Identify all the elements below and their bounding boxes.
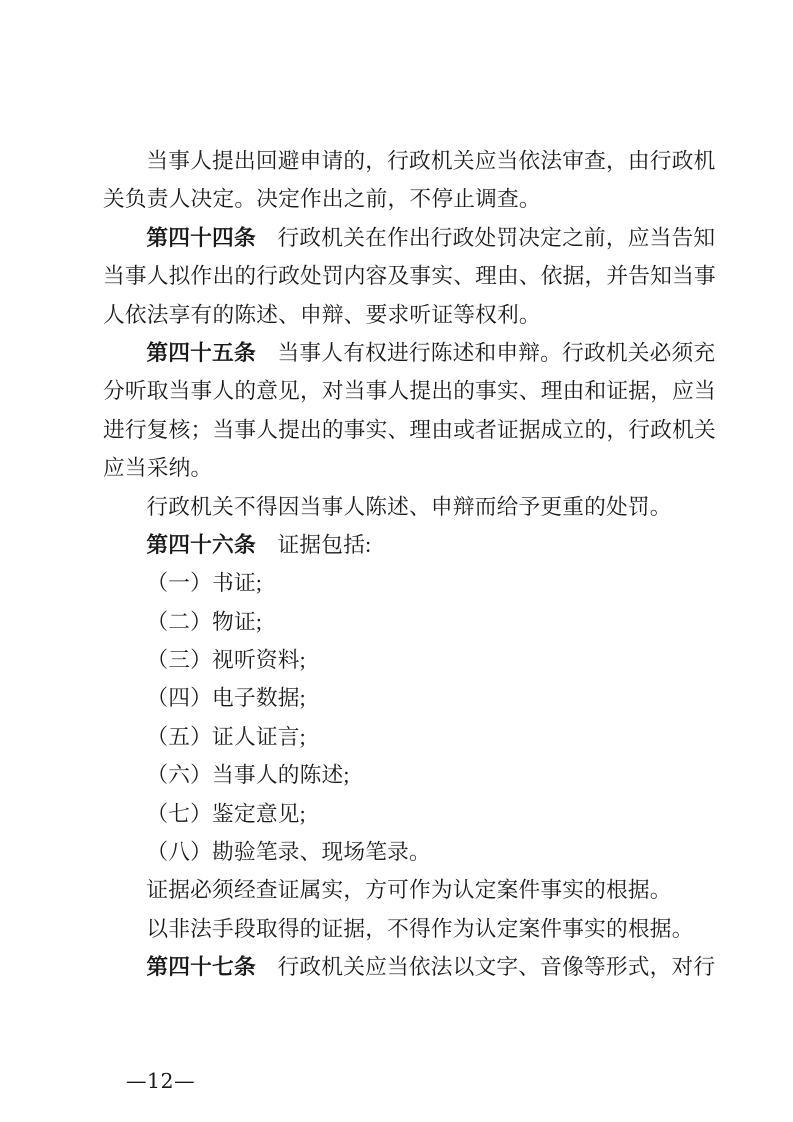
- text-segment: 关负责人决定。决定作出之前，不停止调查。: [103, 187, 541, 211]
- text-line: 关负责人决定。决定作出之前，不停止调查。: [103, 180, 715, 218]
- text-segment: （三）视听资料;: [146, 648, 305, 672]
- text-line: （八）勘验笔录、现场笔录。: [103, 833, 715, 871]
- text-line: 行政机关不得因当事人陈述、申辩而给予更重的处罚。: [103, 488, 715, 526]
- text-line: 第四十五条当事人有权进行陈述和申辩。行政机关必须充: [103, 334, 715, 372]
- text-line: （一）书证;: [103, 564, 715, 602]
- text-line: （二）物证;: [103, 603, 715, 641]
- text-segment: 人依法享有的陈述、申辩、要求听证等权利。: [103, 303, 541, 327]
- text-segment: 行政机关在作出行政处罚决定之前，应当告知: [278, 226, 716, 250]
- text-segment: （六）当事人的陈述;: [146, 763, 349, 787]
- text-line: 第四十四条行政机关在作出行政处罚决定之前，应当告知: [103, 219, 715, 257]
- text-segment: 进行复核；当事人提出的事实、理由或者证据成立的，行政机关: [103, 418, 716, 442]
- text-segment: 以非法手段取得的证据，不得作为认定案件事实的根据。: [146, 917, 693, 941]
- article-number: 第四十七条: [146, 954, 255, 979]
- document-body: 当事人提出回避申请的，行政机关应当依法审查，由行政机关负责人决定。决定作出之前，…: [103, 142, 715, 987]
- text-line: 人依法享有的陈述、申辩、要求听证等权利。: [103, 296, 715, 334]
- text-segment: 行政机关应当依法以文字、音像等形式，对行: [278, 955, 716, 979]
- text-line: （四）电子数据;: [103, 679, 715, 717]
- text-line: 第四十七条行政机关应当依法以文字、音像等形式，对行: [103, 948, 715, 986]
- article-number: 第四十四条: [146, 225, 255, 250]
- text-segment: （四）电子数据;: [146, 686, 305, 710]
- text-segment: 行政机关不得因当事人陈述、申辩而给予更重的处罚。: [146, 495, 671, 519]
- document-page: 当事人提出回避申请的，行政机关应当依法审查，由行政机关负责人决定。决定作出之前，…: [0, 0, 793, 1122]
- text-line: 分听取当事人的意见，对当事人提出的事实、理由和证据，应当: [103, 372, 715, 410]
- text-line: （六）当事人的陈述;: [103, 756, 715, 794]
- text-line: 第四十六条证据包括:: [103, 526, 715, 564]
- text-segment: 应当采纳。: [103, 456, 212, 480]
- article-number: 第四十五条: [146, 340, 255, 365]
- text-line: 证据必须经查证属实，方可作为认定案件事实的根据。: [103, 871, 715, 909]
- text-segment: （一）书证;: [146, 571, 262, 595]
- text-line: 应当采纳。: [103, 449, 715, 487]
- text-segment: 分听取当事人的意见，对当事人提出的事实、理由和证据，应当: [103, 379, 716, 403]
- page-number: —12—: [126, 1069, 195, 1093]
- text-line: 当事人拟作出的行政处罚内容及事实、理由、依据，并告知当事: [103, 257, 715, 295]
- text-line: （五）证人证言;: [103, 718, 715, 756]
- article-number: 第四十六条: [146, 532, 255, 557]
- text-segment: 当事人有权进行陈述和申辩。行政机关必须充: [278, 341, 716, 365]
- text-segment: 证据包括:: [278, 533, 372, 557]
- text-line: 当事人提出回避申请的，行政机关应当依法审查，由行政机: [103, 142, 715, 180]
- text-segment: （八）勘验笔录、现场笔录。: [146, 840, 431, 864]
- text-line: 进行复核；当事人提出的事实、理由或者证据成立的，行政机关: [103, 411, 715, 449]
- text-segment: （五）证人证言;: [146, 725, 305, 749]
- text-segment: （七）鉴定意见;: [146, 802, 305, 826]
- text-segment: 当事人拟作出的行政处罚内容及事实、理由、依据，并告知当事: [103, 264, 716, 288]
- text-segment: 当事人提出回避申请的，行政机关应当依法审查，由行政机: [146, 149, 715, 173]
- text-line: （七）鉴定意见;: [103, 795, 715, 833]
- text-segment: （二）物证;: [146, 610, 262, 634]
- text-segment: 证据必须经查证属实，方可作为认定案件事实的根据。: [146, 878, 671, 902]
- text-line: 以非法手段取得的证据，不得作为认定案件事实的根据。: [103, 910, 715, 948]
- page-footer: —12—: [126, 1069, 195, 1093]
- text-line: （三）视听资料;: [103, 641, 715, 679]
